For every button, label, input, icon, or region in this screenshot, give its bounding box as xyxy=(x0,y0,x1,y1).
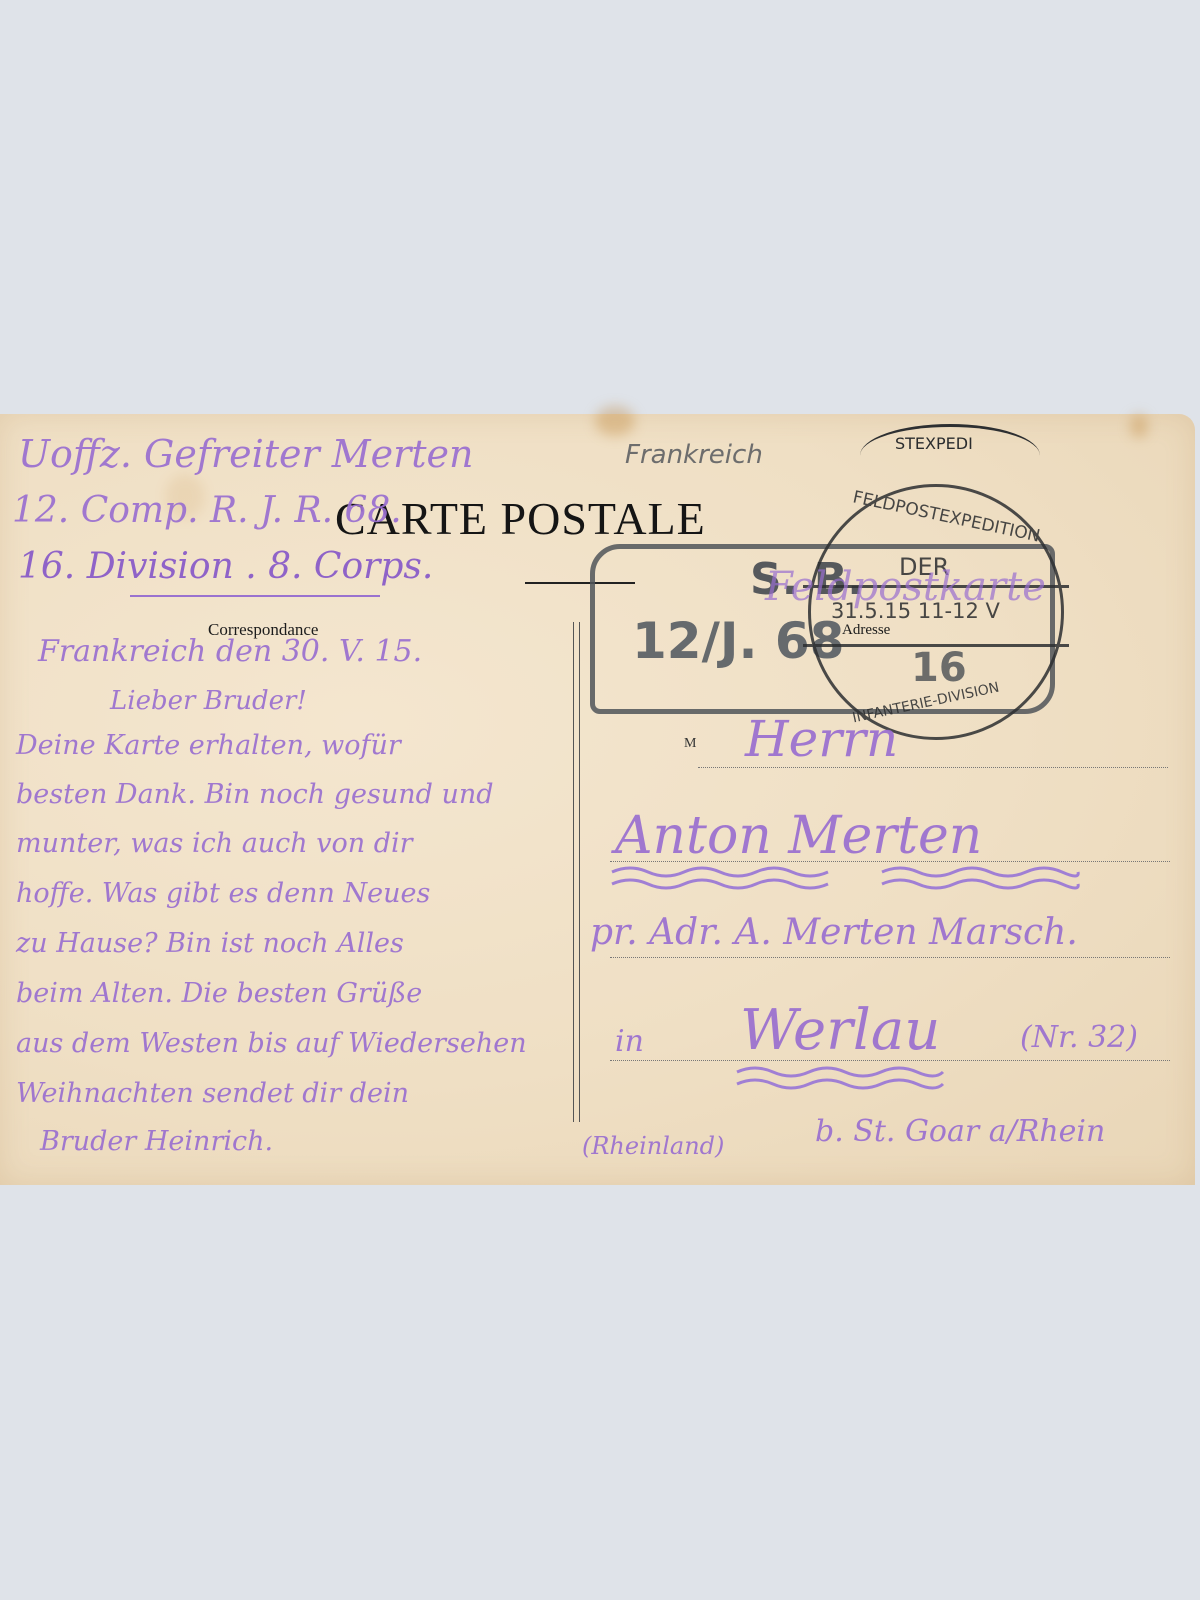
address-prefix: M xyxy=(684,736,696,752)
postcard: CARTE POSTALE Correspondance M Frankreic… xyxy=(0,414,1195,1185)
recipient-district: b. St. Goar a/Rhein xyxy=(815,1114,1105,1149)
stain xyxy=(1130,414,1148,438)
city-wave-underline xyxy=(735,1064,945,1094)
name-wave-underline xyxy=(610,864,830,894)
partial-postmark-text: STEXPEDI xyxy=(895,434,973,453)
feldpostkarte-overlay: Feldpostkarte xyxy=(765,564,1046,610)
recipient-salutation: Herrn xyxy=(745,710,898,768)
address-line-3 xyxy=(610,957,1170,958)
recipient-city-prefix: in xyxy=(615,1024,644,1059)
message-date: Frankreich den 30. V. 15. xyxy=(38,634,422,669)
recipient-city: Werlau xyxy=(740,998,940,1063)
recipient-house: (Nr. 32) xyxy=(1020,1020,1138,1055)
postmark-number: 16 xyxy=(911,645,967,691)
address-label: Adresse xyxy=(842,622,890,639)
message-line: hoffe. Was gibt es denn Neues xyxy=(16,878,430,909)
message-line: besten Dank. Bin noch gesund und xyxy=(16,779,494,810)
sender-line-2: 12. Comp. R. J. R. 68. xyxy=(12,490,402,531)
postmark-top: FELDPOSTEXPEDITION xyxy=(851,487,1042,546)
surname-wave-underline xyxy=(880,864,1080,894)
message-greeting: Lieber Bruder! xyxy=(110,686,307,716)
message-line: zu Hause? Bin ist noch Alles xyxy=(16,928,404,959)
sender-line-3: 16. Division . 8. Corps. xyxy=(18,546,433,587)
center-divider xyxy=(573,622,580,1122)
message-line: beim Alten. Die besten Grüße xyxy=(16,978,422,1009)
message-line: Bruder Heinrich. xyxy=(40,1126,273,1157)
stain xyxy=(595,406,635,436)
message-line: munter, was ich auch von dir xyxy=(16,828,413,859)
recipient-region: (Rheinland) xyxy=(582,1132,724,1160)
message-line: aus dem Westen bis auf Wiedersehen xyxy=(16,1028,527,1059)
sender-underline xyxy=(130,595,380,597)
field-post-postmark: FELDPOSTEXPEDITION DER 31.5.15 11-12 V 1… xyxy=(808,484,1064,740)
pencil-note: Frankreich xyxy=(625,440,763,470)
message-line: Deine Karte erhalten, wofür xyxy=(16,730,401,761)
sender-line-1: Uoffz. Gefreiter Merten xyxy=(18,432,474,476)
recipient-care-of: pr. Adr. A. Merten Marsch. xyxy=(590,912,1078,953)
message-line: Weihnachten sendet dir dein xyxy=(16,1078,409,1109)
recipient-name: Anton Merten xyxy=(615,806,982,866)
